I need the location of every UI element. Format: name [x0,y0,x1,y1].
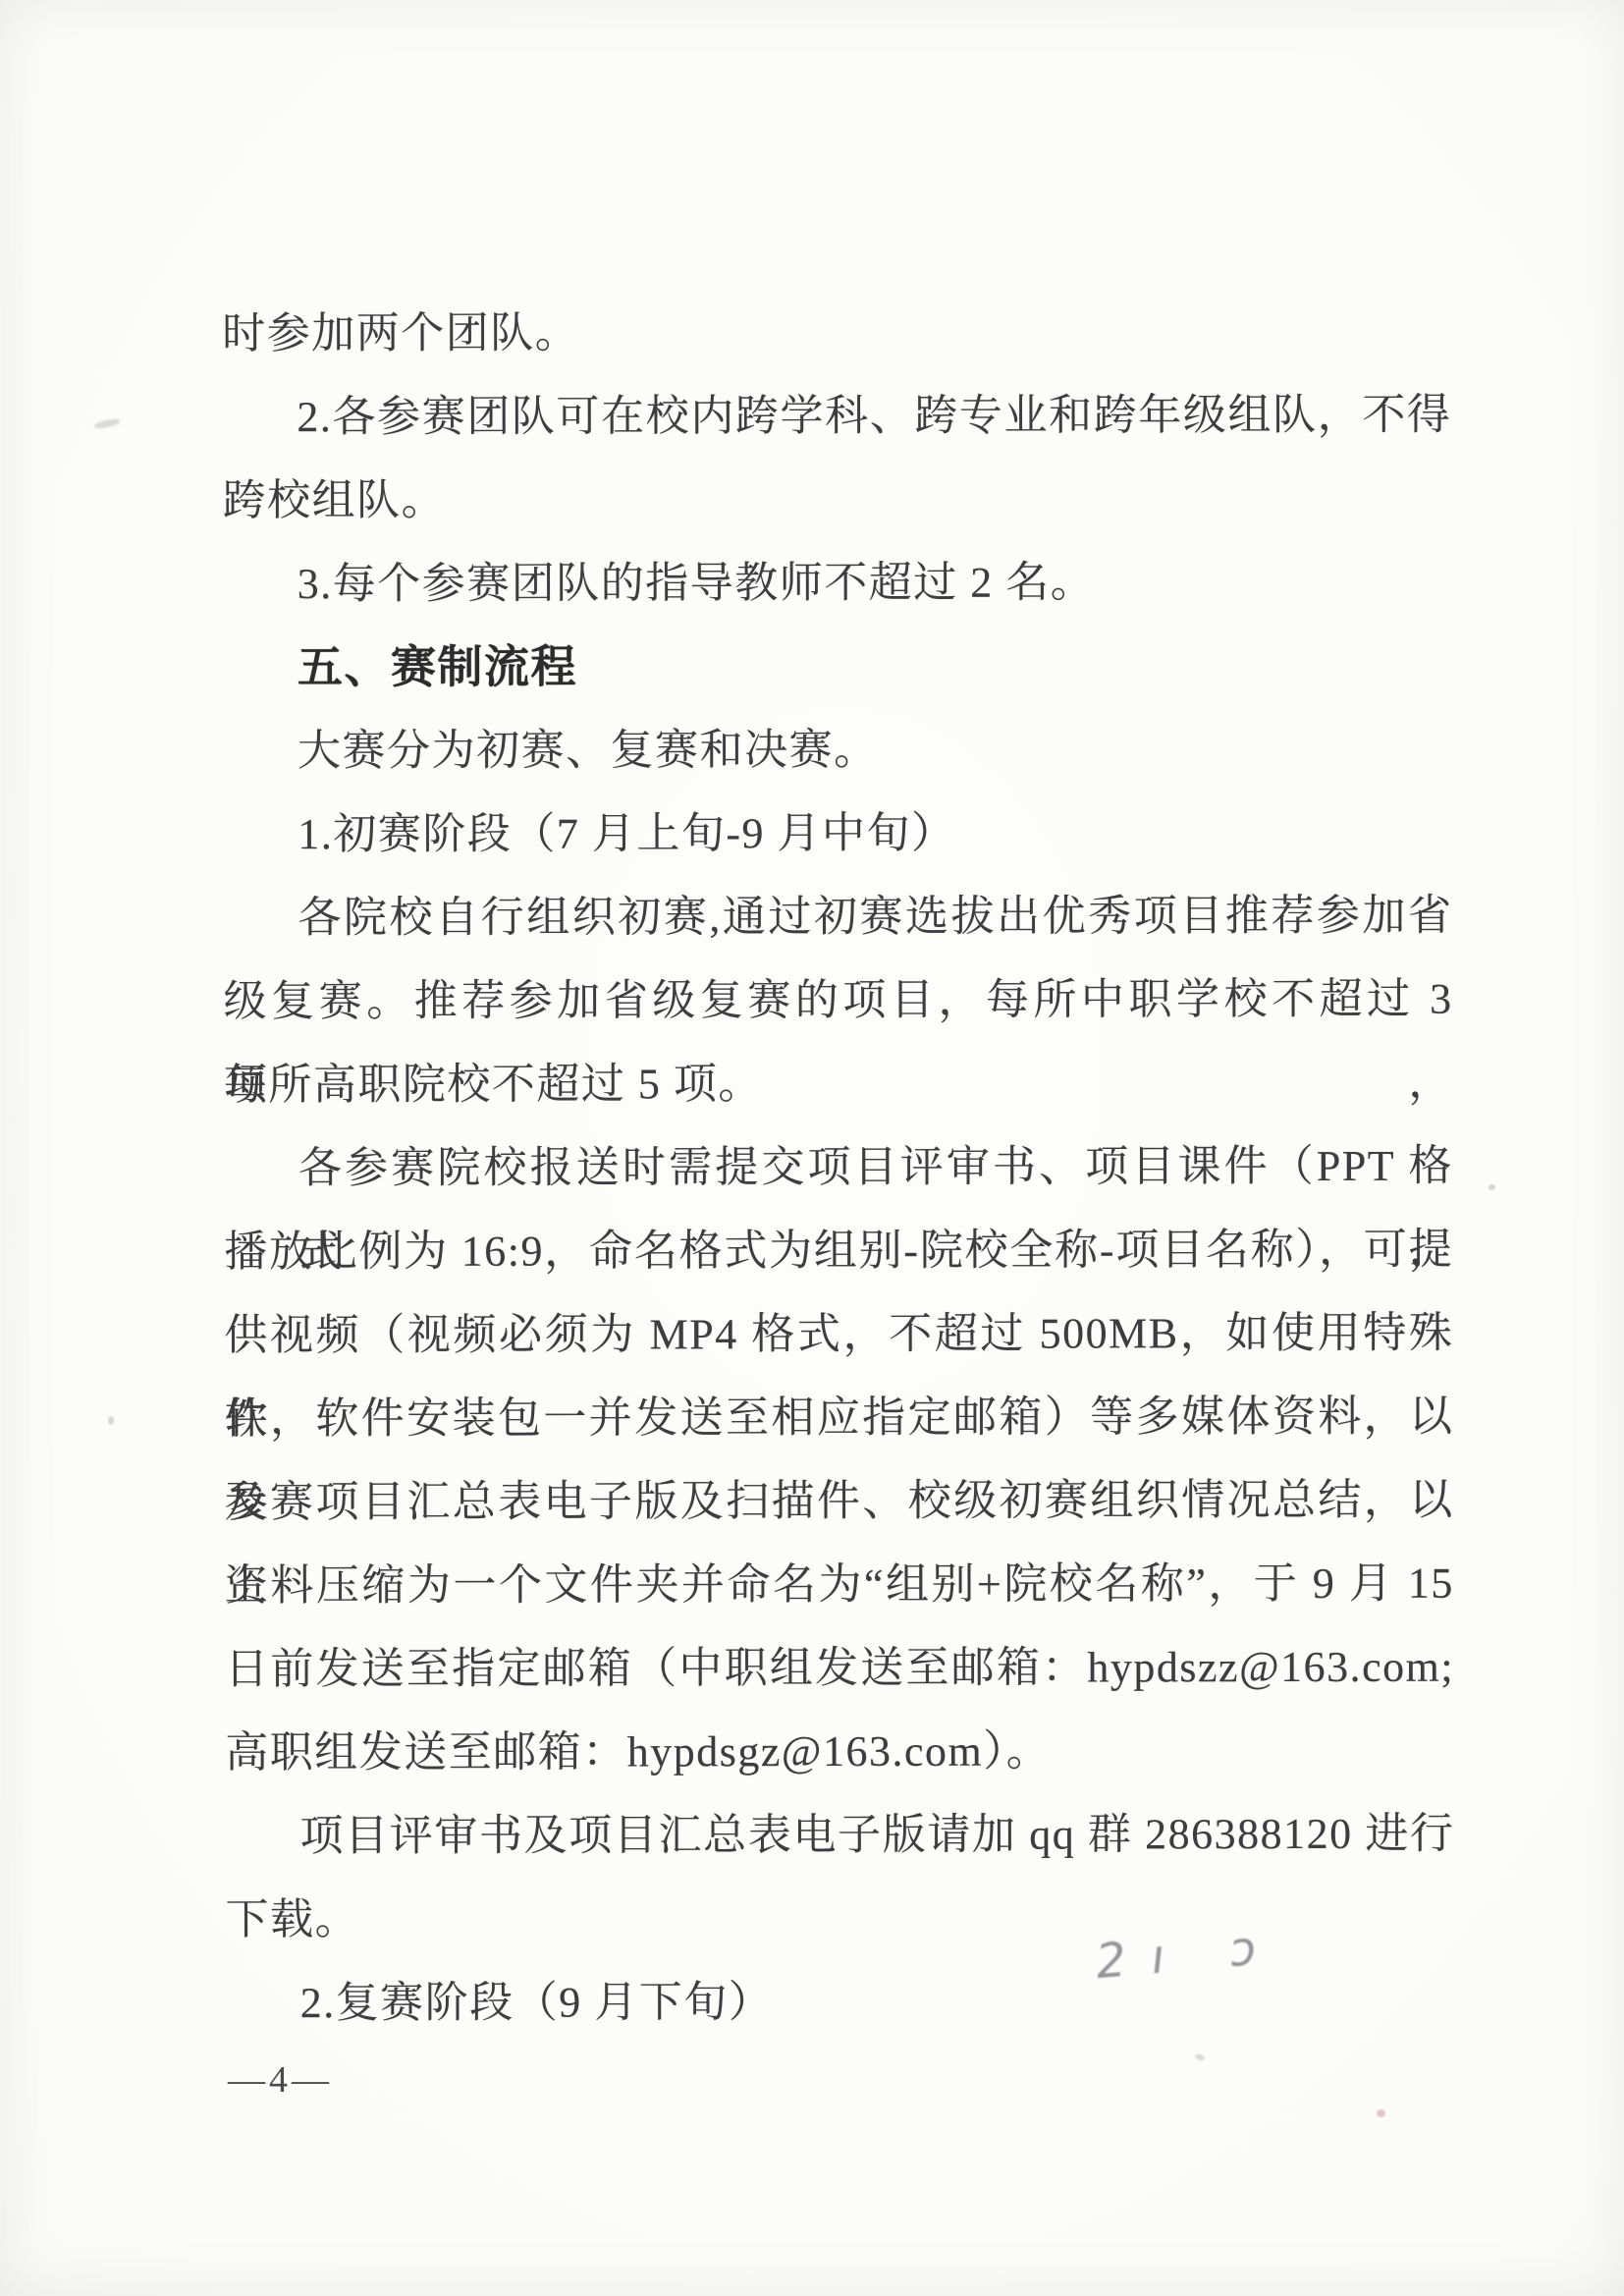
section-heading: 五、赛制流程 [223,624,1452,710]
doc-line: 大赛分为初赛、复赛和决赛。 [223,707,1452,793]
doc-line: 播放比例为 16:9，命名格式为组别-院校全称-项目名称），可提 [224,1208,1453,1294]
doc-line: 供视频（视频必须为 MP4 格式，不超过 500MB，如使用特殊软 [224,1291,1453,1378]
doc-line: 2.各参赛团队可在校内跨学科、跨专业和跨年级组队，不得 [222,373,1451,460]
page-number: —4— [228,2058,333,2102]
doc-line: 1.初赛阶段（7 月上旬-9 月中旬） [223,791,1452,877]
doc-line: 时参加两个团队。 [222,290,1451,376]
scan-speck [1377,2109,1385,2117]
doc-line: 跨校组队。 [222,457,1451,543]
scan-speck [1194,2052,1205,2061]
scanned-document: { "doc": { "lines": [ "时参加两个团队。", "2.各参赛… [0,0,1624,2296]
doc-line: 件，软件安装包一并发送至相应指定邮箱）等多媒体资料，以及 [224,1375,1453,1461]
document-page: 时参加两个团队。 2.各参赛团队可在校内跨学科、跨专业和跨年级组队，不得 跨校组… [0,0,1624,2296]
doc-line: 资料压缩为一个文件夹并命名为“组别+院校名称”，于 9 月 15 [225,1542,1454,1628]
doc-line: 3.每个参赛团队的指导教师不超过 2 名。 [223,540,1452,627]
scan-speck [1489,1184,1495,1190]
doc-line: 级复赛。推荐参加省级复赛的项目，每所中职学校不超过 3 项， [224,957,1453,1044]
doc-line: 项目评审书及项目汇总表电子版请加 qq 群 286388120 进行 [225,1792,1454,1879]
doc-line: 各院校自行组织初赛,通过初赛选拔出优秀项目推荐参加省 [223,874,1452,960]
doc-line: 高职组发送至邮箱：hypdsgz@163.com）。 [225,1709,1454,1795]
document-text-block: 时参加两个团队。 2.各参赛团队可在校内跨学科、跨专业和跨年级组队，不得 跨校组… [222,290,1455,2046]
doc-line: 参赛项目汇总表电子版及扫描件、校级初赛组织情况总结，以上 [225,1458,1454,1545]
doc-line: 各参赛院校报送时需提交项目评审书、项目课件（PPT 格式， [224,1124,1453,1211]
doc-line: 日前发送至指定邮箱（中职组发送至邮箱：hypdszz@163.com; [225,1625,1454,1712]
scan-speck [94,417,121,429]
scan-speck [108,1416,114,1425]
